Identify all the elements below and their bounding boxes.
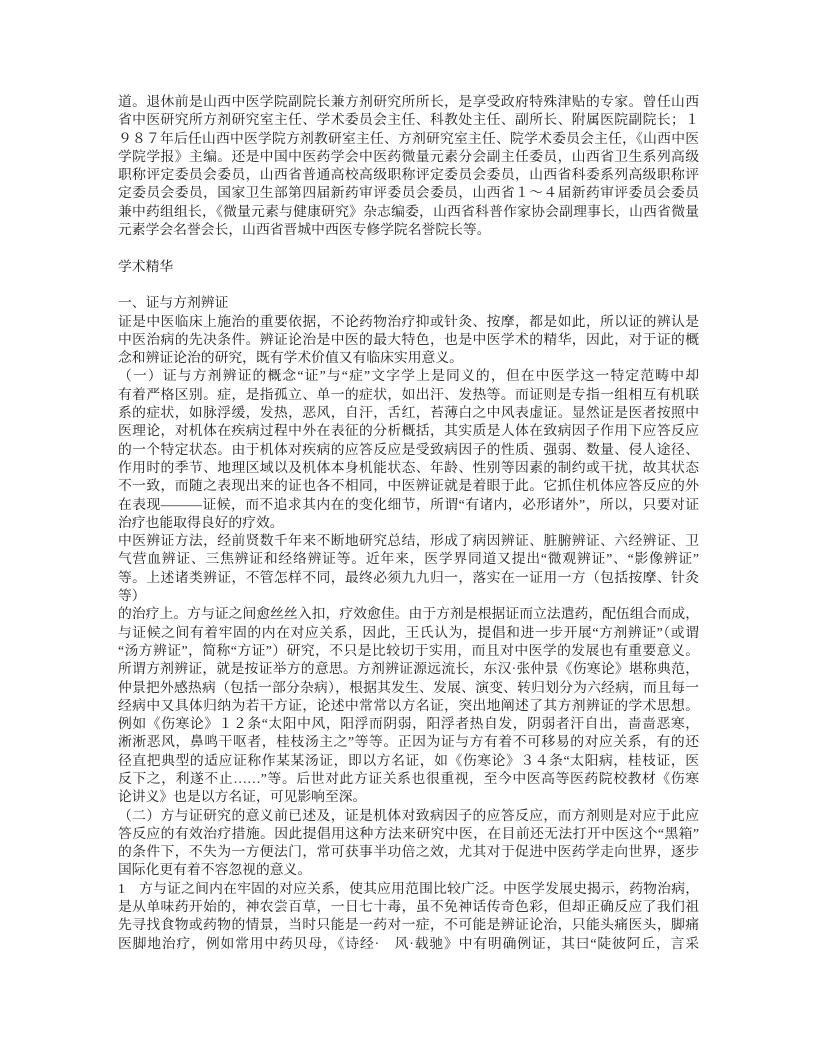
document-text-block: 道。退休前是山西中医学院副院长兼方剂研究所所长，是享受政府特殊津贴的专家。曾任山… [118, 93, 699, 953]
document-page: 道。退休前是山西中医学院副院长兼方剂研究所所长，是享受政府特殊津贴的专家。曾任山… [0, 0, 816, 1056]
text-line: 径直把典型的适应证称作某某汤证，即以方名证，如《伤寒论》３４条“太阳病，桂枝证，… [118, 752, 699, 770]
text-line: 一、证与方剂辨证 [118, 294, 699, 312]
text-line: 所谓方剂辨证，就是按证举方的意思。方剂辨证源远流长，东汉·张仲景《伤寒论》堪称典… [118, 660, 699, 678]
text-line: 论讲义》也是以方名证，可见影响至深。 [118, 788, 699, 806]
text-line: 治疗也能取得良好的疗效。 [118, 514, 699, 532]
text-line: 等。上述诸类辨证，不管怎样不同，最终必须九九归一，落实在一证用一方（包括按摩、针… [118, 569, 699, 587]
text-line: 系的症状，如脉浮缓，发热，恶风，自汗，舌红，苔薄白之中风表虚证。显然证是医者按照… [118, 404, 699, 422]
text-line: （二）方与证研究的意义前已述及，证是机体对致病因子的应答反应，而方剂则是对应于此… [118, 807, 699, 825]
text-line: 念和辨证论治的研究，既有学术价值又有临床实用意义。 [118, 349, 699, 367]
text-line: 的条件下，不失为一方便法门，常可获事半功倍之效，尤其对于促进中医药学走向世界，逐… [118, 843, 699, 861]
text-line: 中医辨证方法，经前贤数千年来不断地研究总结，形成了病因辨证、脏腑辨证、六经辨证、… [118, 532, 699, 550]
text-line: 道。退休前是山西中医学院副院长兼方剂研究所所长，是享受政府特殊津贴的专家。曾任山… [118, 93, 699, 111]
text-line: 淅淅恶风，鼻鸣干呕者，桂枝汤主之”等等。正因为证与方有着不可移易的对应关系，有的… [118, 733, 699, 751]
text-line: 医理论，对机体在疾病过程中外在表征的分析概括，其实质是人体在致病因子作用下应答反… [118, 422, 699, 440]
text-line [118, 239, 699, 257]
text-line: 省中医研究所方剂研究室主任、学术委员会主任、科教处主任、副所长、附属医院副院长；… [118, 111, 699, 129]
text-line: 定委员会委员，国家卫生部第四届新药审评委员会委员，山西省１～４届新药审评委员会委… [118, 184, 699, 202]
text-line: 等） [118, 587, 699, 605]
text-line: 反下之，利遂不止……”等。后世对此方证关系也很重视，至今中医高等医药院校教材《伤… [118, 770, 699, 788]
text-line: 的一个特定状态。由于机体对疾病的应答反应是受致病因子的性质、强弱、数量、侵人途径… [118, 441, 699, 459]
text-line: 兼中药组组长，《微量元素与健康研究》杂志编委，山西省科普作家协会副理事长，山西省… [118, 203, 699, 221]
text-line: 与证候之间有着牢固的内在对应关系，因此，王氏认为，提倡和进一步开展“方剂辨证”（… [118, 624, 699, 642]
text-line: 经病中又具体归纳为若干方证，论述中常常以方名证，突出地阐述了其方剂辨证的学术思想… [118, 697, 699, 715]
text-line: 的治疗上。方与证之间愈丝丝入扣，疗效愈佳。由于方剂是根据证而立法遣药，配伍组合而… [118, 605, 699, 623]
text-line: 国际化更有着不容忽视的意义。 [118, 861, 699, 879]
text-line: 元素学会名誉会长，山西省晋城中西医专修学院名誉院长等。 [118, 221, 699, 239]
text-line: 职称评定委员会委员，山西省普通高校高级职称评定委员会委员，山西省科委系列高级职称… [118, 166, 699, 184]
text-line: 仲景把外感热病（包括一部分杂病），根据其发生、发展、演变、转归划分为六经病，而且… [118, 679, 699, 697]
text-line: 1 方与证之间内在牢固的对应关系，使其应用范围比较广泛。中医学发展史揭示，药物治… [118, 880, 699, 898]
text-line: 有着严格区别。症，是指孤立、单一的症状，如出汗、发热等。而证则是专指一组相互有机… [118, 386, 699, 404]
text-line: 学术精华 [118, 258, 699, 276]
text-line [118, 276, 699, 294]
text-line: 先寻找食物或药物的情景，当时只能是一药对一症，不可能是辨证论治，只能头痛医头，脚… [118, 916, 699, 934]
text-line: 学院学报》主编。还是中国中医药学会中医药微量元素分会副主任委员，山西省卫生系列高… [118, 148, 699, 166]
text-line: 医脚地治疗，例如常用中药贝母，《诗经· 风·载驰》中有明确例证，其曰“陡彼阿丘，… [118, 935, 699, 953]
text-line: 不一致，而随之表现出来的证也各不相同，中医辨证就是着眼于此。它抓住机体应答反应的… [118, 477, 699, 495]
text-line: 证是中医临床上施治的重要依据，不论药物治疗抑或针灸、按摩，都是如此，所以证的辨认… [118, 313, 699, 331]
text-line: ９８７年后任山西中医学院方剂教研室主任、方剂研究室主任、院学术委员会主任，《山西… [118, 130, 699, 148]
text-line: 在表现———证候，而不追求其内在的变化细节，所谓“有诸内，必形诸外”，所以，只要… [118, 496, 699, 514]
text-line: “汤方辨证”，简称“方证”）研究，不只是比较切于实用，而且对中医学的发展也有重要… [118, 642, 699, 660]
text-line: 气营血辨证、三焦辨证和经络辨证等。近年来，医学界同道又提出“微观辨证”、“影像辨… [118, 550, 699, 568]
text-line: 答反应的有效治疗措施。因此提倡用这种方法来研究中医，在目前还无法打开中医这个“黑… [118, 825, 699, 843]
text-line: 中医治病的先决条件。辨证论治是中医的最大特色，也是中医学术的精华，因此，对于证的… [118, 331, 699, 349]
text-line: （一）证与方剂辨证的概念“证”与“症”文字学上是同义的，但在中医学这一特定范畴中… [118, 367, 699, 385]
text-line: 例如《伤寒论》１２条“太阳中风，阳浮而阴弱，阳浮者热自发，阴弱者汗自出，啬啬恶寒… [118, 715, 699, 733]
text-line: 作用时的季节、地理区域以及机体本身机能状态、年龄、性别等因素的制约或干扰，故其状… [118, 459, 699, 477]
text-line: 是从单味药开始的，神农尝百草，一日七十毒，虽不免神话传奇色彩，但却正确反应了我们… [118, 898, 699, 916]
